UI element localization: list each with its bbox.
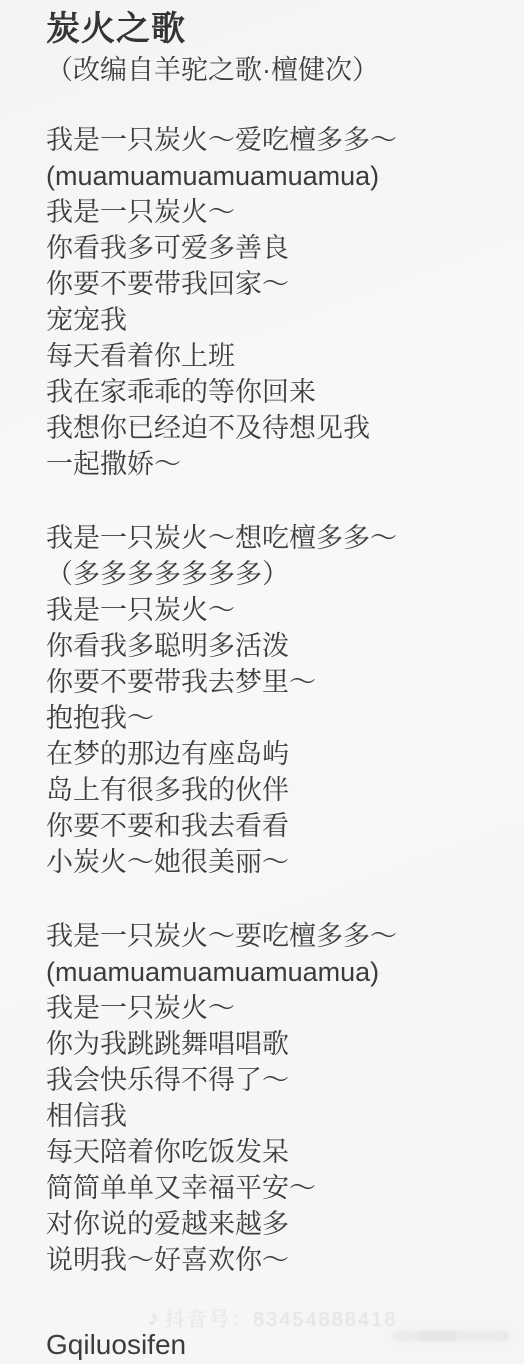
lyric-line: 我想你已经迫不及待想见我 — [46, 410, 504, 446]
page-title: 炭火之歌 — [46, 8, 504, 50]
lyric-line: 说明我～好喜欢你～ — [46, 1242, 504, 1278]
lyric-line: （多多多多多多多） — [46, 556, 504, 592]
lyric-line: 我是一只炭火～要吃檀多多～ — [46, 918, 504, 954]
lyric-line: 每天陪着你吃饭发呆 — [46, 1134, 504, 1170]
lyric-line: 我会快乐得不得了～ — [46, 1062, 504, 1098]
stanza-1: 我是一只炭火～爱吃檀多多～ (muamuamuamuamuamua) 我是一只炭… — [46, 122, 504, 482]
lyric-line: 我是一只炭火～ — [46, 990, 504, 1026]
lyric-line: 我是一只炭火～ — [46, 194, 504, 230]
lyric-line: 你看我多可爱多善良 — [46, 230, 504, 266]
lyric-line: 小炭火～她很美丽～ — [46, 844, 504, 880]
stanza-2: 我是一只炭火～想吃檀多多～ （多多多多多多多） 我是一只炭火～ 你看我多聪明多活… — [46, 520, 504, 880]
lyric-line: 岛上有很多我的伙伴 — [46, 772, 504, 808]
lyric-line: 每天看着你上班 — [46, 338, 504, 374]
lyric-line: 简简单单又幸福平安～ — [46, 1170, 504, 1206]
stanza-3: 我是一只炭火～要吃檀多多～ (muamuamuamuamuamua) 我是一只炭… — [46, 918, 504, 1278]
lyric-line: 你要不要和我去看看 — [46, 808, 504, 844]
lyric-line: 我是一只炭火～ — [46, 592, 504, 628]
lyric-line: 相信我 — [46, 1098, 504, 1134]
lyric-line: 一起撒娇～ — [46, 446, 504, 482]
lyric-line: 抱抱我～ — [46, 700, 504, 736]
lyric-line: 你要不要带我去梦里～ — [46, 664, 504, 700]
lyric-line: 我是一只炭火～爱吃檀多多～ — [46, 122, 504, 158]
lyric-line: (muamuamuamuamuamua) — [46, 954, 504, 990]
lyrics-document: 炭火之歌 （改编自羊驼之歌·檀健次） 我是一只炭火～爱吃檀多多～ (muamua… — [0, 0, 524, 1363]
illegible-watermark — [418, 1331, 458, 1341]
lyric-line: 你看我多聪明多活泼 — [46, 628, 504, 664]
page-subtitle: （改编自羊驼之歌·檀健次） — [46, 50, 504, 90]
lyric-line: 宠宠我 — [46, 302, 504, 338]
lyric-line: 对你说的爱越来越多 — [46, 1206, 504, 1242]
lyric-line: (muamuamuamuamuamua) — [46, 158, 504, 194]
lyric-line: 你为我跳跳舞唱唱歌 — [46, 1026, 504, 1062]
lyric-line: 你要不要带我回家～ — [46, 266, 504, 302]
lyric-line: 我是一只炭火～想吃檀多多～ — [46, 520, 504, 556]
lyric-line: 我在家乖乖的等你回来 — [46, 374, 504, 410]
lyric-line: 在梦的那边有座岛屿 — [46, 736, 504, 772]
